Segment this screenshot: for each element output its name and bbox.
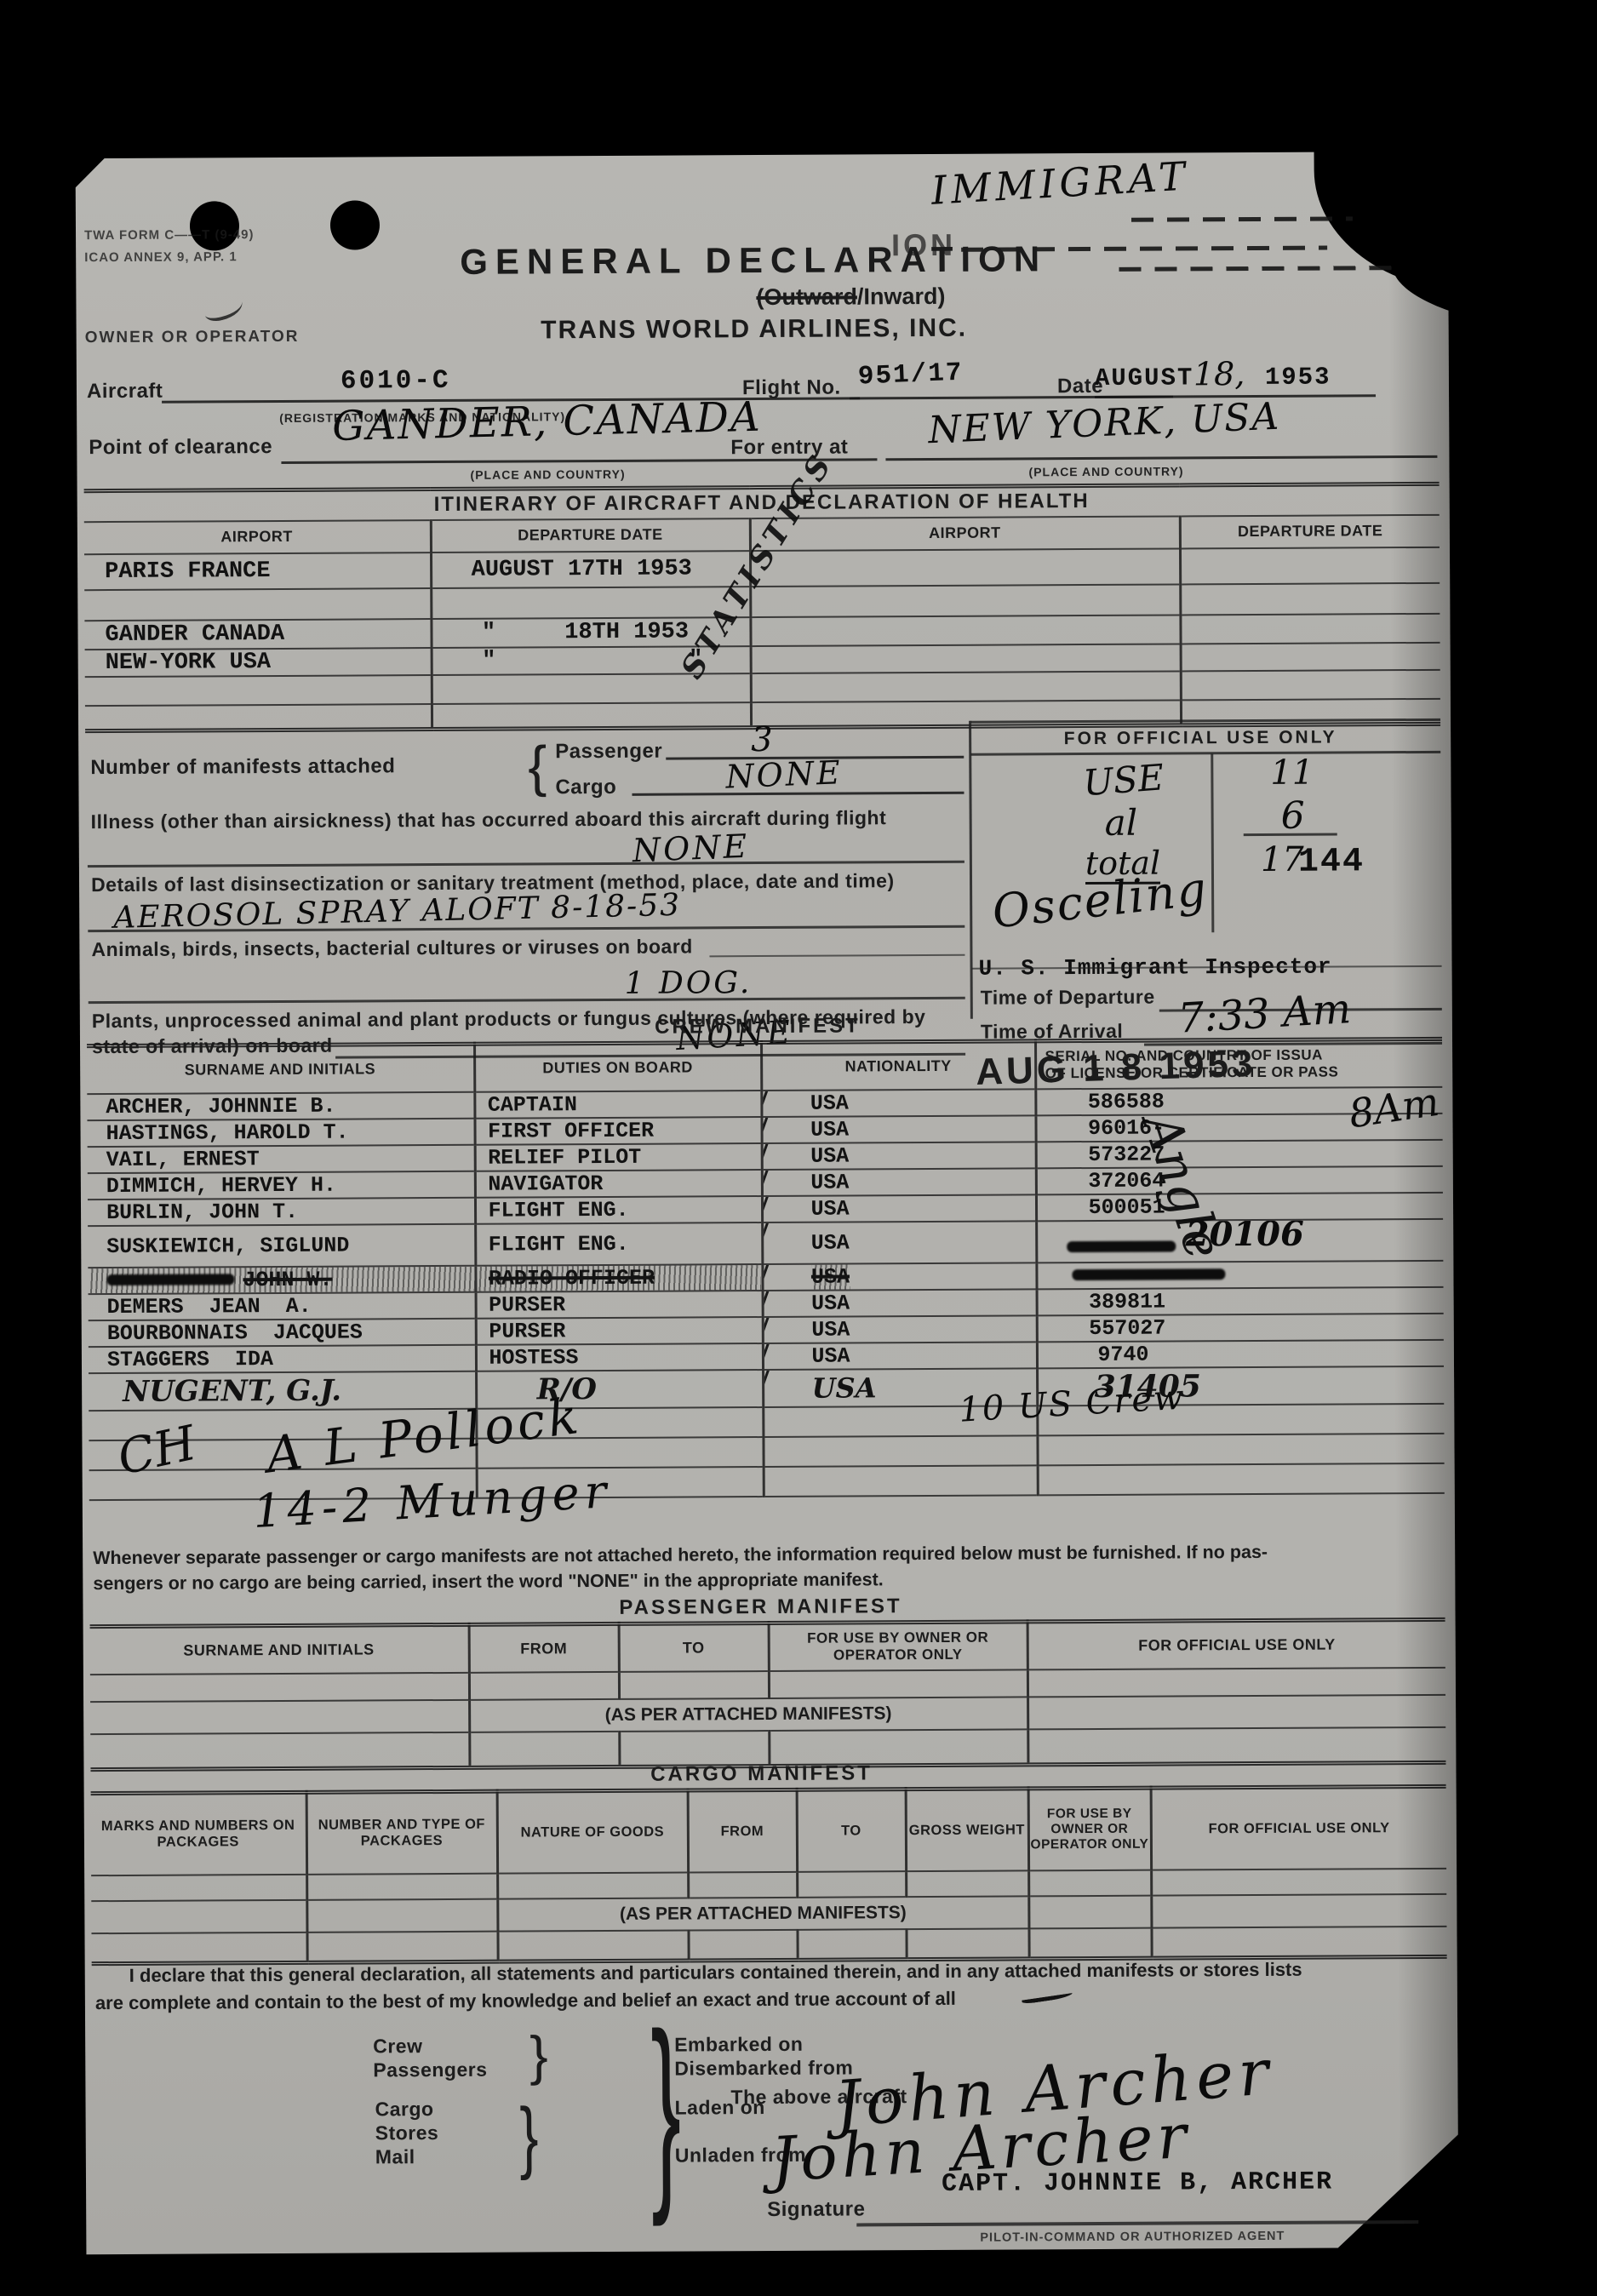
official-box-divider (1211, 753, 1214, 932)
itinerary-row-airport-2col (750, 615, 1180, 646)
illness-label: Illness (other than airsickness) that ha… (91, 806, 925, 833)
cargo-empty-cell (497, 1872, 688, 1898)
cargo-empty-cell (91, 1899, 306, 1932)
time-departure-label: Time of Departure (981, 986, 1155, 1010)
cargo-empty-cell (688, 1929, 797, 1961)
crew-duty: RELIEF PILOT (475, 1143, 762, 1171)
footer-disembarked-label: Disembarked from (674, 2056, 853, 2080)
itinerary-empty-cell (751, 671, 1181, 702)
official-tally-1: 11 (1270, 753, 1314, 793)
itinerary-row-airport-2col (751, 644, 1181, 673)
itinerary-empty-cell (432, 702, 751, 730)
itinerary-empty-cell (751, 700, 1181, 728)
pass-col-surname: SURNAME AND INITIALS (90, 1624, 469, 1674)
footer-crew-label: Crew (373, 2035, 422, 2058)
itinerary-row-airport: PARIS FRANCE (84, 553, 431, 590)
crew-col-duties: DUTIES ON BOARD (474, 1043, 761, 1092)
passenger-manifest-table: SURNAME AND INITIALS FROM TO FOR USE BY … (90, 1618, 1446, 1772)
entry-line (885, 426, 1437, 461)
cargo-col-from: FROM (688, 1789, 798, 1872)
crew-empty-cell (1037, 1433, 1444, 1465)
pass-empty-cell (90, 1699, 469, 1733)
footer-embarked-label: Embarked on (674, 2033, 803, 2057)
crew-duty: CAPTAIN (474, 1091, 761, 1119)
crew-nat-text: USA (811, 1291, 850, 1315)
crew-nat-text: USA (810, 1091, 849, 1115)
crew-nat-text: USA (810, 1170, 849, 1194)
itinerary-row-date: AUGUST 17TH 1953 (431, 551, 750, 588)
cargo-empty-cell (497, 1930, 688, 1961)
crew-duty-struck: RADIO OFFICER (475, 1264, 762, 1292)
crew-duty: FLIGHT ENG. (475, 1222, 762, 1266)
cargo-empty-cell (91, 1932, 306, 1963)
crew-serial: 389811 (1037, 1286, 1444, 1315)
date-line (1095, 366, 1376, 398)
cargo-col-nature: NATURE OF GOODS (497, 1790, 688, 1873)
crew-serial: 573227 (1036, 1139, 1443, 1168)
footer-passengers-label: Passengers (373, 2058, 487, 2082)
title-subtitle: (Outward/Inward) (672, 283, 1029, 311)
crew-nationality: USA (762, 1221, 1036, 1264)
cargo-col-weight: GROSS WEIGHT (906, 1789, 1029, 1871)
crew-nat-text: USA (811, 1264, 850, 1289)
pass-empty-cell (469, 1671, 619, 1699)
cargo-count-line (632, 767, 964, 796)
crew-empty-cell (763, 1435, 1037, 1467)
cargo-col-number: NUMBER AND TYPE OF PACKAGES (306, 1791, 497, 1874)
crew-serial: 557027 (1037, 1313, 1444, 1342)
crew-empty-cell (764, 1465, 1038, 1497)
itinerary-col-departure: DEPARTURE DATE (431, 518, 750, 553)
pass-empty-cell (769, 1669, 1027, 1698)
official-box-left-border (969, 721, 973, 1019)
itinerary-row-airport-2col (750, 548, 1180, 587)
crew-col-surname: SURNAME AND INITIALS (87, 1044, 474, 1093)
subtitle-outward-struck: (Outward (756, 283, 857, 310)
footer-cargo-label: Cargo (375, 2098, 433, 2121)
pen-tick (763, 1315, 771, 1343)
crew-name: ARCHER, JOHNNIE B. (87, 1091, 474, 1119)
illness-line (88, 861, 964, 867)
crew-serial: 9740 (1037, 1339, 1444, 1368)
note-line1: Whenever separate passenger or cargo man… (93, 1541, 1446, 1569)
crew-name: STAGGERS IDA (89, 1344, 476, 1372)
page-title: GENERAL DECLARATION (76, 237, 1431, 284)
crew-name-struck: JOHN W. (88, 1265, 475, 1293)
crew-duty: HOSTESS (476, 1343, 763, 1371)
crew-nat-text: USA (811, 1343, 850, 1368)
crew-passengers-brace: } (529, 2024, 548, 2087)
official-typed-number: 144 (1298, 843, 1365, 881)
pass-empty-cell (1027, 1667, 1445, 1697)
cargo-empty-cell (797, 1929, 906, 1961)
pen-tick (762, 1263, 770, 1291)
cargo-col-owner: FOR USE BY OWNER OR OPERATOR ONLY (1028, 1788, 1152, 1870)
crew-duty: PURSER (476, 1291, 763, 1319)
crew-nationality: USA (762, 1168, 1036, 1196)
aircraft-group-brace: } (650, 1986, 682, 2230)
crew-name: HASTINGS, HAROLD T. (87, 1118, 474, 1146)
cargo-empty-cell (306, 1931, 497, 1962)
pen-tick (761, 1089, 770, 1117)
footer-mail-label: Mail (375, 2145, 415, 2168)
subtitle-inward: /Inward) (857, 283, 946, 310)
pen-tick (762, 1194, 770, 1222)
pass-col-owner: FOR USE BY OWNER OR OPERATOR ONLY (769, 1622, 1027, 1671)
itinerary-row-airport (84, 588, 431, 621)
pass-empty-cell (469, 1731, 619, 1767)
official-tally-line (1244, 833, 1337, 836)
clearance-label: Point of clearance (89, 435, 272, 460)
pen-tick (761, 1115, 770, 1143)
animals-value: 1 DOG. (625, 965, 753, 1001)
itinerary-empty-cell (85, 704, 432, 731)
crew-name: BURLIN, JOHN T. (88, 1197, 475, 1225)
itinerary-empty-cell (85, 675, 432, 706)
crew-nationality: USA (763, 1315, 1037, 1343)
crew-empty-cell (1038, 1463, 1445, 1495)
scan-root: { "scan": { "form_ref_line1": "TWA FORM … (0, 0, 1597, 2296)
itinerary-col-airport: AIRPORT (84, 520, 431, 554)
animals-label: Animals, birds, insects, bacterial cultu… (91, 935, 738, 961)
pen-tick (762, 1142, 770, 1170)
pen-dash-line-1 (1131, 216, 1353, 221)
entry-sublabel: (PLACE AND COUNTRY) (1028, 464, 1183, 478)
crew-name: DIMMICH, HERVEY H. (88, 1171, 475, 1199)
crew-duty: FLIGHT ENG. (475, 1196, 762, 1224)
crew-serial-amended: 20106 (1036, 1218, 1443, 1263)
cargo-manifest-table: MARKS AND NUMBERS ON PACKAGES NUMBER AND… (91, 1784, 1447, 1966)
pen-tick (763, 1289, 771, 1317)
signature-sublabel: PILOT-IN-COMMAND OR AUTHORIZED AGENT (980, 2230, 1285, 2245)
cargo-empty-cell (306, 1873, 497, 1899)
scanned-form-page: TWA FORM C——T (9-49) ICAO ANNEX 9, APP. … (76, 152, 1459, 2254)
pilot-name-typed: CAPT. JOHNNIE B, ARCHER (942, 2168, 1333, 2199)
cargo-col-to: TO (797, 1789, 907, 1872)
note-line2: sengers or no cargo are being carried, i… (93, 1566, 1446, 1595)
ink-smear (106, 1274, 234, 1286)
crew-col-serial: SERIAL NO. AND COUNTRY OF ISSUA OF LICEN… (1035, 1039, 1442, 1089)
crew-name-text: JOHN W. (243, 1267, 332, 1292)
cargo-empty-cell (906, 1928, 1028, 1960)
itinerary-row-airport-2col (750, 584, 1180, 617)
manifests-attached-label: Number of manifests attached (90, 754, 395, 780)
crew-col-serial-line1: SERIAL NO. AND COUNTRY OF ISSUA (1045, 1046, 1443, 1065)
crew-nat-text: USA (812, 1371, 877, 1404)
official-hand-word1: USE (1082, 756, 1165, 804)
crew-nationality: USA (761, 1089, 1035, 1117)
pass-col-to: TO (619, 1623, 769, 1671)
official-hand-signature: Osceling (989, 862, 1210, 939)
crew-nat-text: USA (811, 1230, 850, 1255)
pass-empty-cell (90, 1672, 469, 1701)
crew-nat-text: USA (811, 1317, 850, 1342)
cargo-empty-cell (797, 1871, 906, 1898)
cargo-empty-cell (1028, 1927, 1151, 1959)
pass-col-official: FOR OFFICIAL USE ONLY (1027, 1619, 1445, 1669)
signature-line (856, 2220, 1418, 2226)
crew-nat-text: USA (810, 1196, 849, 1221)
itinerary-title: ITINERARY OF AIRCRAFT AND DECLARATION OF… (434, 490, 1090, 516)
scan-edge-shadow (1388, 152, 1459, 2247)
crew-serial-struck (1036, 1260, 1443, 1289)
crew-serial: 500051 (1036, 1192, 1443, 1221)
crew-name-handwritten: NUGENT, G.J. (89, 1371, 476, 1410)
cargo-empty-cell (1028, 1895, 1151, 1928)
pen-tick (763, 1342, 771, 1370)
ink-smear (1067, 1241, 1176, 1253)
entry-label: For entry at (730, 435, 848, 460)
crew-duty: FIRST OFFICER (474, 1117, 761, 1145)
cargo-stores-mail-brace: } (519, 2090, 539, 2182)
crew-col-serial-line2: OF LICENSE OR CERTIFICATE OR PASS (1045, 1063, 1443, 1082)
pen-tick (763, 1368, 771, 1400)
crew-name: DEMERS JEAN A. (89, 1291, 476, 1320)
aircraft-label: Aircraft (87, 380, 163, 404)
crew-nationality-struck: USA (762, 1263, 1036, 1291)
clearance-sublabel: (PLACE AND COUNTRY) (470, 467, 625, 482)
pass-body-note: (AS PER ATTACHED MANIFESTS) (469, 1697, 1027, 1732)
official-hand-word2: al (1105, 802, 1138, 844)
handwritten-immigration-note: IMMIGRAT (930, 152, 1190, 213)
crew-col-nationality: NATIONALITY (761, 1041, 1035, 1091)
crew-nationality: USA (762, 1142, 1036, 1170)
cargo-empty-cell (1028, 1869, 1151, 1896)
itinerary-row-airport: GANDER CANADA (84, 619, 431, 650)
pass-col-from: FROM (469, 1623, 619, 1672)
cargo-col-marks: MARKS AND NUMBERS ON PACKAGES (91, 1792, 306, 1875)
corner-cut-top-left (71, 153, 110, 192)
itinerary-table: ITINERARY OF AIRCRAFT AND DECLARATION OF… (84, 482, 1441, 733)
crew-nationality: USA (763, 1289, 1037, 1317)
crew-name: BOURBONNAIS JACQUES (89, 1318, 476, 1346)
ink-smear (1072, 1269, 1225, 1281)
passenger-count-label: Passenger (555, 740, 662, 764)
manifests-brace: { (528, 733, 547, 798)
itinerary-row-airport: NEW-YORK USA (85, 648, 432, 677)
crew-name: VAIL, ERNEST (88, 1144, 475, 1172)
itinerary-col-airport2: AIRPORT (750, 516, 1180, 551)
official-box-title-underline (970, 751, 1440, 756)
animals-line-b (89, 997, 965, 1004)
cargo-empty-cell (306, 1898, 497, 1932)
cargo-body-note: (AS PER ATTACHED MANIFESTS) (497, 1896, 1028, 1931)
pass-empty-cell (1027, 1694, 1445, 1729)
declaration-line2: are complete and contain to the best of … (95, 1985, 1440, 2014)
crew-nationality: USA (762, 1194, 1036, 1222)
crew-nat-text: USA (810, 1143, 849, 1168)
crew-nationality: USA (763, 1342, 1037, 1370)
crew-name: SUSKIEWICH, SIGLUND (88, 1223, 475, 1267)
form-ref-line1: TWA FORM C——T (9-49) (84, 227, 255, 243)
official-tally-2: 6 (1280, 794, 1304, 838)
itinerary-row-date (431, 587, 750, 619)
pass-empty-cell (619, 1670, 769, 1698)
crew-nat-text: USA (810, 1117, 849, 1142)
pen-tick (762, 1221, 770, 1253)
crew-duty: NAVIGATOR (475, 1170, 762, 1198)
airline-name: TRANS WORLD AIRLINES, INC. (77, 312, 1432, 347)
official-box-title: FOR OFFICIAL USE ONLY (970, 727, 1430, 750)
crew-nationality: USA (761, 1115, 1035, 1143)
cargo-count-label: Cargo (555, 776, 616, 799)
cargo-empty-cell (91, 1874, 306, 1900)
footer-stores-label: Stores (375, 2121, 439, 2144)
crew-serial: 372064 (1036, 1165, 1443, 1194)
animals-line-a (709, 954, 964, 958)
signature-label: Signature (767, 2197, 865, 2222)
pen-tick (762, 1168, 770, 1196)
crew-duty: PURSER (476, 1317, 763, 1345)
cargo-empty-cell (688, 1871, 797, 1898)
cargo-empty-cell (906, 1870, 1028, 1897)
pass-empty-cell (619, 1730, 769, 1766)
